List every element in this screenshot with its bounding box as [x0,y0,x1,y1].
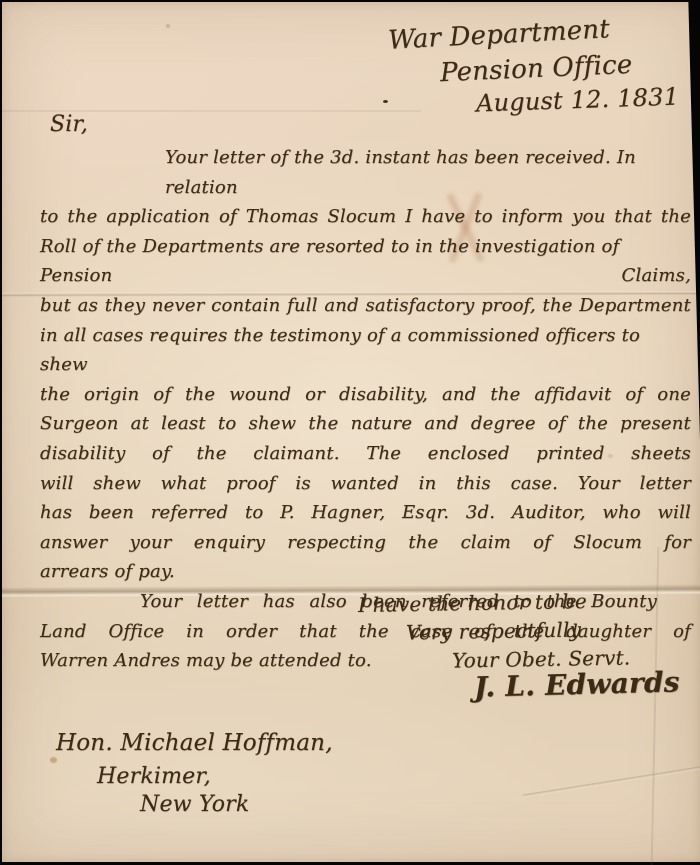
body-line: Surgeon at least to shew the nature and … [40,409,691,439]
body-line: Land Office in order that the case of th… [40,617,691,647]
recipient-name: Hon. Michael Hoffman, [56,730,333,756]
body-line: Roll of the Departments are resorted to … [40,232,691,291]
header-date: August 12. 1831 [476,82,680,117]
body-line: but as they never contain full and satis… [40,291,691,321]
body-line: has been referred to P. Hagner, Esqr. 3d… [40,498,691,528]
body-line: the origin of the wound or disability, a… [40,380,691,410]
body-line: arrears of pay. [40,557,691,587]
recipient-state: New York [140,792,249,817]
closing-honor: I have the honor to be [358,589,587,617]
signature: J. L. Edwards [474,665,680,703]
body-line: will shew what proof is wanted in this c… [40,469,691,499]
body-line: in all cases requires the testimony of a… [40,321,691,380]
foxing-speck [50,757,57,763]
header-pension-office: Pension Office [439,50,633,88]
header-war-department: War Department [387,14,610,56]
closing-respectfully: Very respectfully [406,617,581,644]
letter-paper: War Department Pension Office August 12.… [2,2,700,862]
ink-dot [383,100,388,103]
body-line: Your letter of the 3d. instant has been … [40,143,691,202]
body-line: to the application of Thomas Slocum I ha… [40,202,691,232]
letter-scan: War Department Pension Office August 12.… [0,0,700,865]
body-line: answer your enquiry respecting the claim… [40,528,691,558]
fold-crease-diagonal [523,762,700,798]
foxing-speck [166,24,170,28]
body-line: disability of the claimant. The enclosed… [40,439,691,469]
recipient-city: Herkimer, [97,764,211,789]
salutation: Sir, [50,112,88,137]
